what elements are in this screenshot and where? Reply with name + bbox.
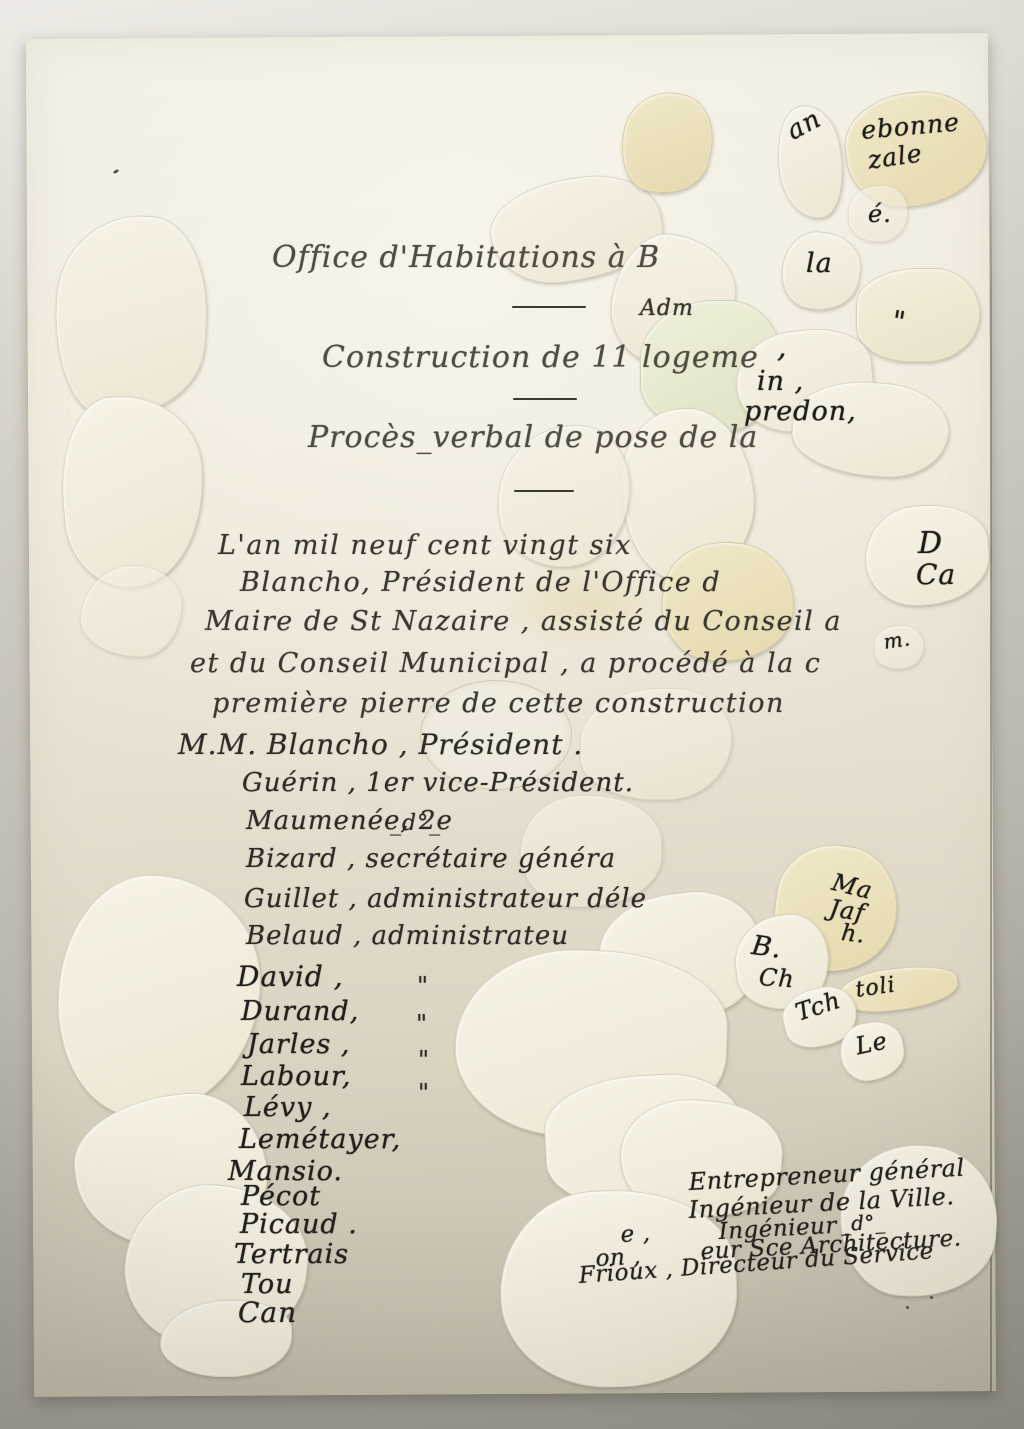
member-guerin: Guérin , 1er vice-Président. <box>242 768 634 798</box>
dust-speck <box>930 1296 933 1299</box>
member-tertrais: Tertrais <box>234 1239 349 1270</box>
intro-line-5: première pierre de cette construction <box>212 688 785 719</box>
fragment-b: B. <box>750 930 784 965</box>
intro-line-2: Blancho, Président de l'Office d <box>240 567 721 598</box>
fragment-d: D <box>918 526 943 561</box>
header-line-3: Procès_verbal de pose de la <box>308 420 758 455</box>
fragment-la: la <box>806 248 833 279</box>
fragment-in: in , <box>757 366 804 397</box>
member-picaud: Picaud . <box>240 1209 358 1240</box>
member-jarles: Jarles , <box>247 1029 350 1060</box>
fragment-h: h. <box>840 920 867 949</box>
member-maumenee-ditto: _d°_ <box>390 811 441 836</box>
member-pecot: Pécot <box>241 1181 321 1212</box>
member-lemetayer: Lemétayer, <box>239 1124 401 1155</box>
member-can: Can <box>238 1296 297 1329</box>
member-levy: Lévy , <box>244 1092 332 1123</box>
member-david: David , <box>237 960 344 993</box>
header-line-2: Construction de 11 logeme <box>322 340 759 375</box>
dust-speck <box>906 1306 909 1309</box>
photograph-of-document: Office d'Habitations à B Adm Constructio… <box>0 0 1024 1429</box>
member-guillet: Guillet , administrateur déle <box>244 884 647 914</box>
member-bizard: Bizard , secrétaire généra <box>246 844 616 874</box>
intro-line-3: Maire de St Nazaire , assisté du Conseil… <box>205 606 842 637</box>
fragment-adm: Adm <box>640 296 694 321</box>
member-belaud: Belaud , administrateu <box>246 921 569 951</box>
intro-line-1: L'an mil neuf cent vingt six <box>218 530 632 561</box>
fragment-e-accent: é. <box>868 200 892 228</box>
fragment-comma: , <box>777 330 788 365</box>
fragment-ca: Ca <box>916 558 956 591</box>
ditto-mark: " <box>418 1079 430 1107</box>
fragment-predon: predon, <box>744 396 857 427</box>
header-divider-3 <box>514 490 574 492</box>
member-mm-blancho: M.M. Blancho , Président . <box>178 728 583 761</box>
ditto-mark: " <box>418 1046 430 1074</box>
member-durand: Durand, <box>241 996 359 1027</box>
ditto-mark: " <box>416 1010 428 1038</box>
header-line-1: Office d'Habitations à B <box>272 240 660 275</box>
paper-scrap <box>856 268 980 362</box>
ditto-mark: " <box>417 972 429 1000</box>
fragment-m: m. <box>882 626 912 654</box>
header-divider-2 <box>513 398 577 400</box>
header-divider-1 <box>512 306 586 308</box>
intro-line-4: et du Conseil Municipal , a procédé à la… <box>190 648 821 679</box>
fragment-ch: Ch <box>758 963 796 993</box>
member-labour: Labour, <box>241 1061 351 1092</box>
